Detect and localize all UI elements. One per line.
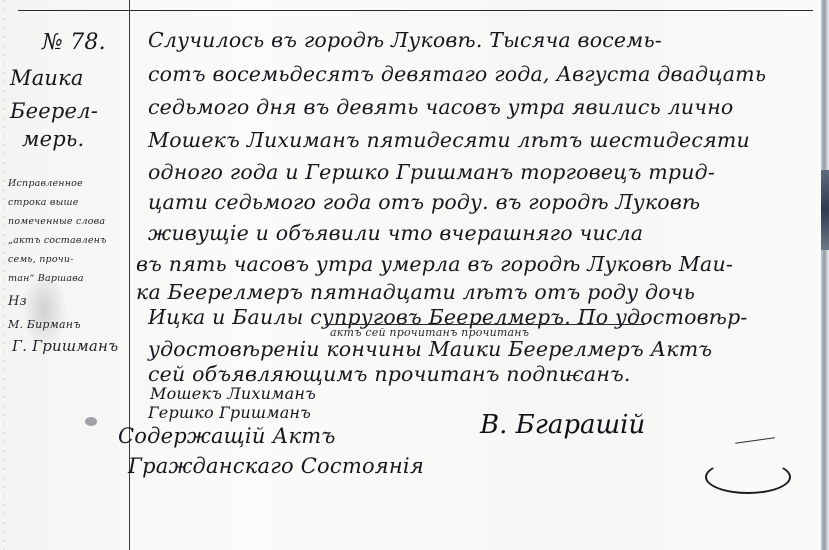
signature-dash — [735, 437, 775, 444]
body-line: цати седьмого года отъ роду. въ городѣ Л… — [148, 190, 700, 214]
body-line: Мошекъ Лихиманъ пятидесяти лѣтъ шестидес… — [148, 128, 750, 152]
annotation-stroke — [325, 324, 645, 325]
body-line: сотъ восемьдесятъ девятаго года, Августа… — [148, 62, 766, 86]
document-page: № 78. Маика Беерел- мерь. Исправленное с… — [0, 0, 822, 550]
margin-signature-line: Г. Гришманъ — [12, 338, 118, 355]
scan-edge — [821, 0, 829, 550]
body-line: седьмого дня въ девять часовъ утра явили… — [148, 95, 733, 119]
margin-name-line: Беерел- — [10, 96, 98, 126]
margin-note-line: тан“ Варшава — [8, 270, 84, 287]
declarant-signature: Мошекъ Лихиманъ — [150, 384, 316, 403]
body-line: Случилось въ городѣ Луковѣ. Тысяча восем… — [148, 28, 662, 52]
signature-flourish — [705, 460, 791, 494]
body-line: сей объявляющимъ прочитанъ подписанъ. — [148, 362, 631, 386]
body-line: ка Беерелмеръ пятнадцати лѣтъ отъ роду д… — [136, 280, 695, 304]
margin-name-line: мерь. — [22, 124, 84, 154]
officer-title-line: Содержащій Актъ — [118, 424, 336, 448]
margin-note-line: Исправленное — [8, 175, 83, 192]
margin-name-line: Маика — [10, 63, 84, 93]
top-ruled-line — [18, 10, 813, 11]
officer-title-line: Гражданскаго Состоянія — [128, 454, 424, 478]
margin-note-line: „актъ составленъ — [8, 232, 107, 249]
record-number: № 78. — [42, 30, 106, 55]
body-line: одного года и Гершко Гришманъ торговецъ … — [148, 160, 715, 184]
margin-note-line: Нз — [8, 293, 27, 310]
margin-note-line: строка выше — [8, 194, 79, 211]
officer-signature: В. Бгарашій — [480, 410, 645, 440]
scan-edge-shadow — [821, 170, 829, 250]
declarant-signature: Гершко Гришманъ — [148, 403, 311, 422]
body-line: въ пять часовъ утра умерла въ городѣ Лук… — [136, 252, 733, 276]
end-dash — [567, 375, 579, 376]
body-line: удостовѣреніи кончины Маики Беерелмеръ А… — [148, 337, 712, 361]
body-line: живущіе и объявили что вчерашняго числа — [148, 221, 643, 245]
ink-blot — [85, 417, 97, 426]
margin-note-line: помеченные слова — [8, 213, 105, 230]
margin-signature-line: М. Бирманъ — [8, 316, 81, 333]
page-left-edge — [3, 0, 4, 550]
margin-note-line: семь, прочи- — [8, 251, 74, 268]
